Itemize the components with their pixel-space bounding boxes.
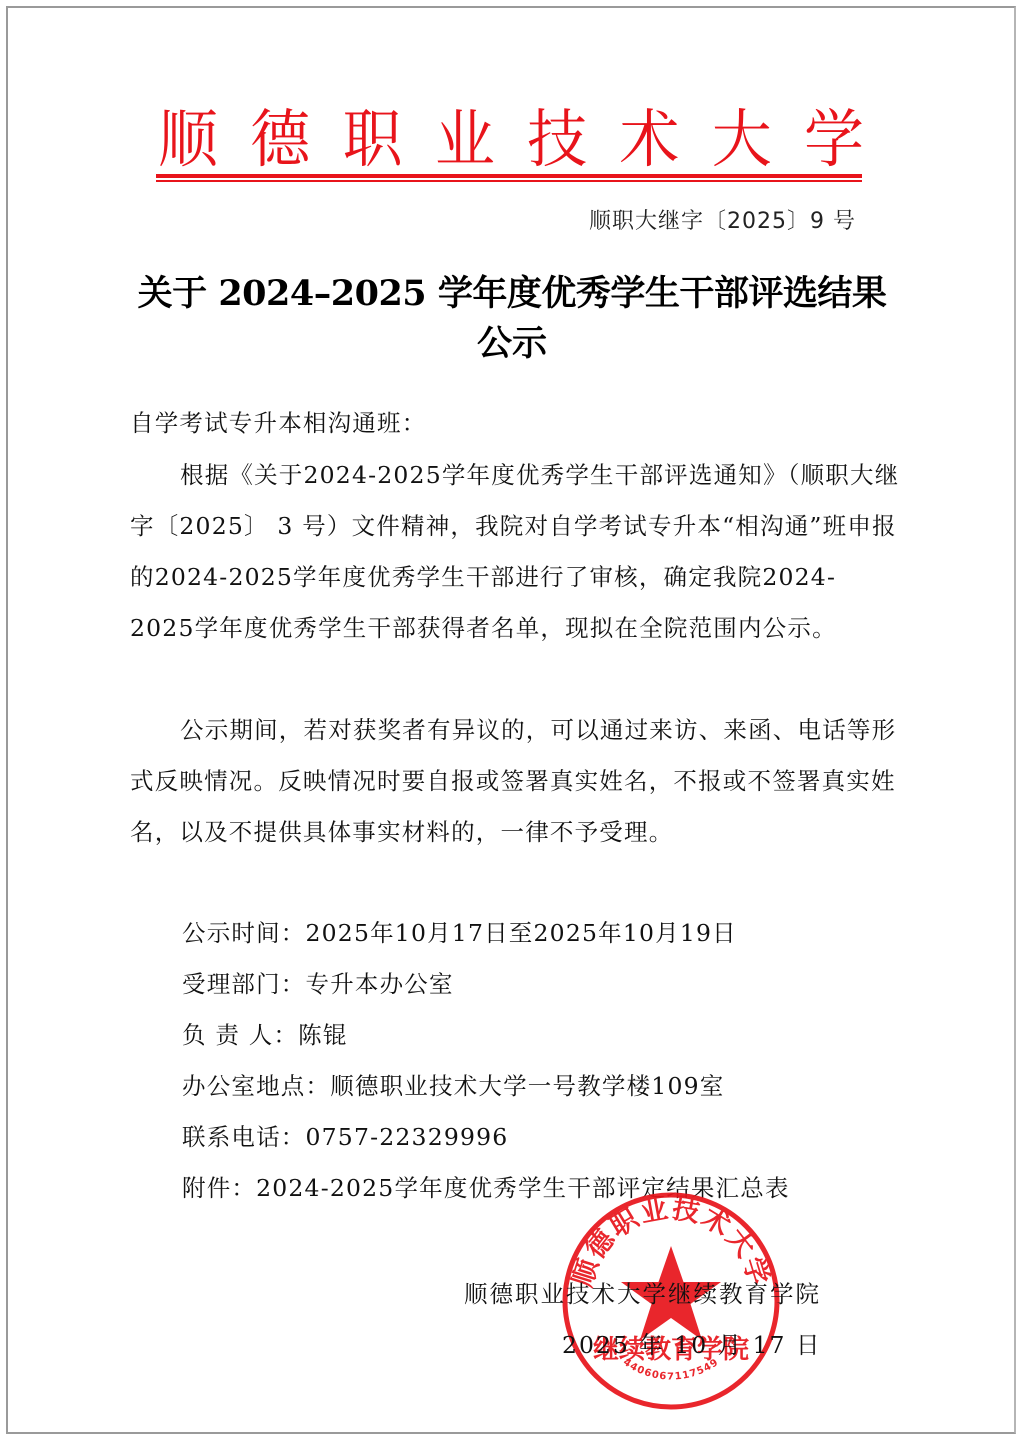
masthead-char: 德 — [250, 106, 310, 173]
masthead-char: 大 — [712, 106, 772, 173]
info-period: 公示时间：2025年10月17日至2025年10月19日 — [182, 908, 737, 959]
masthead-char: 术 — [619, 106, 679, 173]
institution-masthead: 顺 德 职 业 技 术 大 学 — [158, 108, 864, 172]
info-person: 负 责 人：陈锟 — [182, 1010, 348, 1061]
signature-organization: 顺德职业技术大学继续教育学院 — [464, 1275, 821, 1309]
masthead-char: 业 — [435, 106, 495, 173]
masthead-rule-thin — [156, 180, 862, 182]
paragraph-objection: 公示期间，若对获奖者有异议的，可以通过来访、来函、电话等形式反映情况。反映情况时… — [130, 705, 900, 858]
masthead-char: 学 — [804, 106, 864, 173]
document-title-line2: 公示 — [120, 318, 904, 370]
masthead-char: 职 — [343, 106, 403, 173]
paragraph-basis: 根据《关于2024-2025学年度优秀学生干部评选通知》（顺职大继字〔2025〕… — [130, 450, 900, 654]
signature-date: 2025 年 10 月 17 日 — [562, 1326, 821, 1360]
salutation: 自学考试专升本相沟通班： — [130, 398, 900, 449]
info-location: 办公室地点：顺德职业技术大学一号教学楼109室 — [182, 1061, 724, 1112]
document-number: 顺职大继字〔2025〕9 号 — [589, 204, 856, 235]
document-title: 关于 2024–2025 学年度优秀学生干部评选结果 — [120, 268, 904, 320]
masthead-char: 顺 — [158, 106, 218, 173]
info-department: 受理部门：专升本办公室 — [182, 959, 454, 1010]
masthead-char: 技 — [527, 106, 587, 173]
info-phone: 联系电话：0757-22329996 — [182, 1112, 508, 1163]
masthead-rule — [156, 174, 862, 178]
